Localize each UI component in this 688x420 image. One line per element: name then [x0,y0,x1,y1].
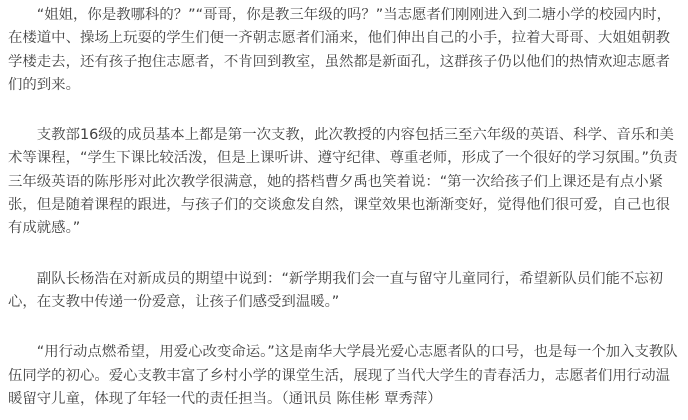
paragraph-vice-captain-expectation: 副队长杨浩在对新成员的期望中说到：“新学期我们会一直与留守儿童同行，希望新队员们… [8,268,682,315]
paragraph-arrival-scene: “姐姐，你是教哪科的？”“哥哥，你是教三年级的吗？”当志愿者们刚刚进入到二塘小学… [8,4,682,97]
paragraph-teaching-content: 支教部16级的成员基本上都是第一次支教，此次教授的内容包括三至六年级的英语、科学… [8,124,682,240]
article-body: “姐姐，你是教哪科的？”“哥哥，你是教三年级的吗？”当志愿者们刚刚进入到二塘小学… [0,0,688,420]
paragraph-slogan-and-byline: “用行动点燃希望，用爱心改变命运。”这是南华大学晨光爱心志愿者队的口号，也是每一… [8,341,682,411]
